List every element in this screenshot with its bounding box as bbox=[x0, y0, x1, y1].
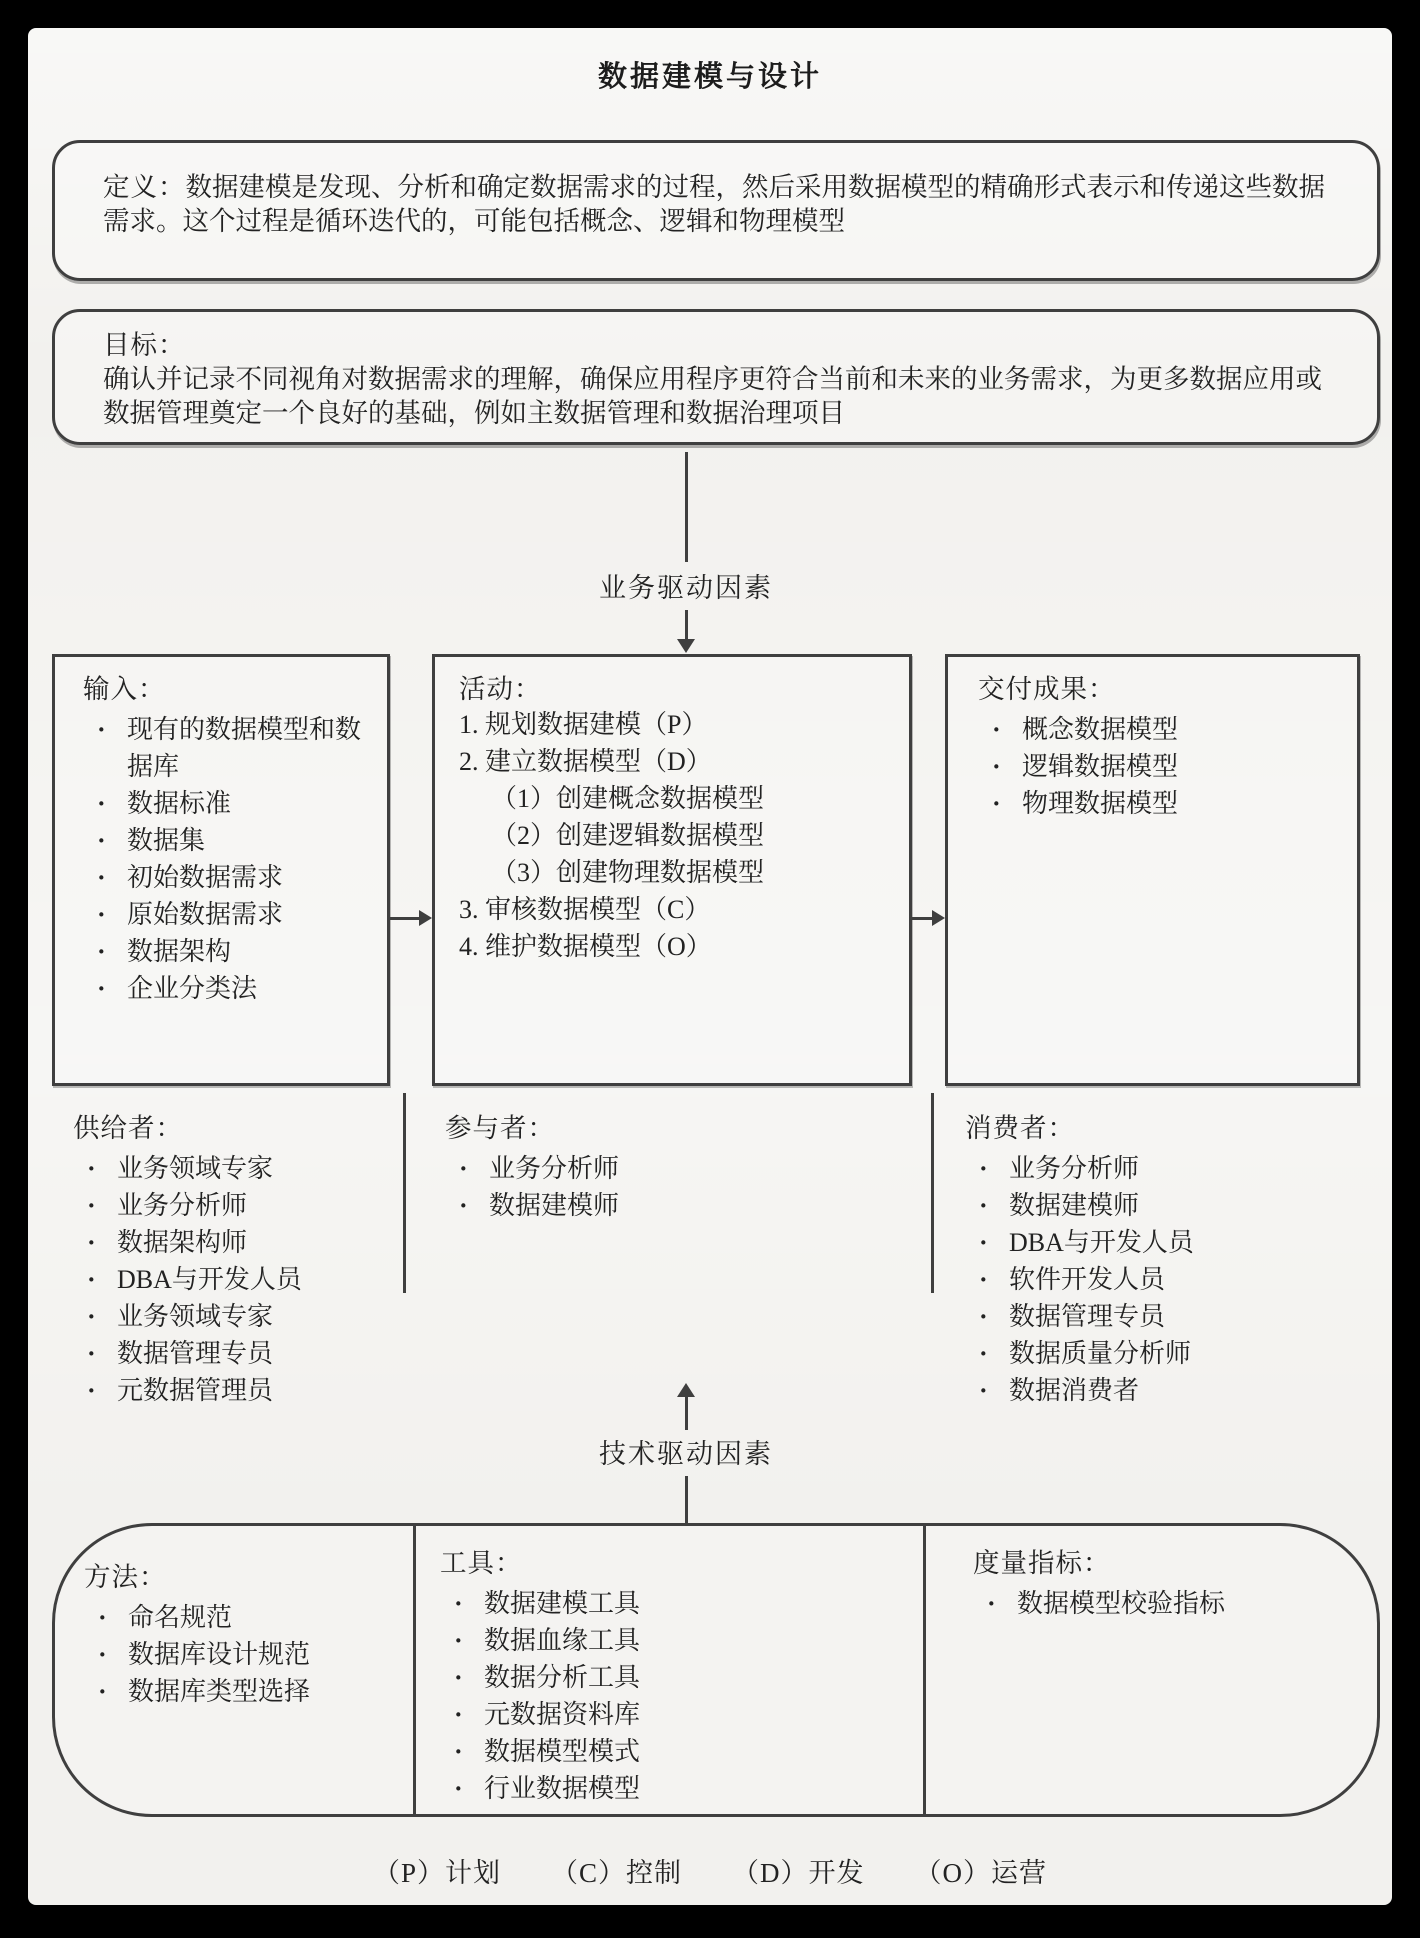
list-item: 业务分析师 bbox=[973, 1150, 1325, 1187]
roles-divider-right bbox=[931, 1093, 934, 1293]
activities-title: 活动： bbox=[459, 667, 899, 706]
definition-box: 定义：数据建模是发现、分析和确定数据需求的过程，然后采用数据模型的精确形式表示和… bbox=[52, 140, 1380, 281]
method-item-text: 数据库类型选择 bbox=[128, 1677, 310, 1706]
list-item: 命名规范 bbox=[92, 1599, 394, 1636]
business-driver-label: 业务驱动因素 bbox=[516, 566, 856, 605]
list-item: 软件开发人员 bbox=[973, 1261, 1325, 1298]
list-item: 数据库类型选择 bbox=[92, 1673, 394, 1710]
deliverables-title: 交付成果： bbox=[978, 667, 1347, 706]
right-arrow-icon bbox=[932, 910, 945, 926]
supplier-item-text: 业务领域专家 bbox=[117, 1302, 273, 1331]
tool-item-text: 数据血缘工具 bbox=[484, 1626, 640, 1655]
metric-item-text: 数据模型校验指标 bbox=[1017, 1589, 1225, 1618]
supplier-item-text: 数据架构师 bbox=[117, 1228, 247, 1257]
input-item-text: 初始数据需求 bbox=[127, 863, 283, 892]
right-arrow-icon bbox=[419, 910, 432, 926]
list-item: 数据架构师 bbox=[81, 1224, 393, 1261]
legend-item-plan: （P）计划 bbox=[373, 1851, 501, 1890]
tool-item-text: 数据建模工具 bbox=[484, 1589, 640, 1618]
list-item: 初始数据需求 bbox=[91, 859, 379, 896]
goal-box: 目标： 确认并记录不同视角对数据需求的理解，确保应用程序更符合当前和未来的业务需… bbox=[52, 309, 1380, 445]
consumer-item-text: 软件开发人员 bbox=[1009, 1265, 1165, 1294]
list-item: 数据库设计规范 bbox=[92, 1636, 394, 1673]
input-item-text: 数据架构 bbox=[127, 937, 231, 966]
supplier-item-text: 元数据管理员 bbox=[117, 1376, 273, 1405]
list-item: 业务领域专家 bbox=[81, 1150, 393, 1187]
input-item-text: 数据集 bbox=[127, 826, 205, 855]
list-item: 原始数据需求 bbox=[91, 896, 379, 933]
activities-list: 1. 规划数据建模（P） 2. 建立数据模型（D） （1）创建概念数据模型 （2… bbox=[459, 706, 899, 965]
legend: （P）计划 （C）控制 （D）开发 （O）运营 bbox=[28, 1851, 1392, 1890]
suppliers-section: 供给者： 业务领域专家 业务分析师 数据架构师 DBA与开发人员 业务领域专家 … bbox=[73, 1106, 393, 1409]
method-item-text: 数据库设计规范 bbox=[128, 1640, 310, 1669]
tools-section: 工具： 数据建模工具 数据血缘工具 数据分析工具 元数据资料库 数据模型模式 行… bbox=[440, 1541, 900, 1807]
consumer-item-text: 数据建模师 bbox=[1009, 1191, 1139, 1220]
tool-item-text: 元数据资料库 bbox=[484, 1700, 640, 1729]
participants-section: 参与者： 业务分析师 数据建模师 bbox=[445, 1106, 765, 1224]
list-item: 数据架构 bbox=[91, 933, 379, 970]
activity-subline: （1）创建概念数据模型 bbox=[459, 780, 899, 817]
technical-driver-line-bottom bbox=[685, 1476, 688, 1523]
list-item: 业务分析师 bbox=[453, 1150, 765, 1187]
supplier-item-text: 业务分析师 bbox=[117, 1191, 247, 1220]
supplier-item-text: DBA与开发人员 bbox=[117, 1265, 302, 1294]
definition-label: 定义： bbox=[103, 172, 186, 202]
consumers-title: 消费者： bbox=[965, 1106, 1325, 1145]
list-item: 业务领域专家 bbox=[81, 1298, 393, 1335]
page-background: 数据建模与设计 定义：数据建模是发现、分析和确定数据需求的过程，然后采用数据模型… bbox=[28, 28, 1392, 1905]
list-item: 数据分析工具 bbox=[448, 1659, 900, 1696]
list-item: 现有的数据模型和数据库 bbox=[91, 711, 379, 785]
method-item-text: 命名规范 bbox=[128, 1603, 232, 1632]
roles-divider-left bbox=[403, 1093, 406, 1293]
foundation-divider-right bbox=[923, 1523, 926, 1817]
tools-list: 数据建模工具 数据血缘工具 数据分析工具 元数据资料库 数据模型模式 行业数据模… bbox=[440, 1585, 900, 1807]
deliverables-list: 概念数据模型 逻辑数据模型 物理数据模型 bbox=[978, 711, 1347, 822]
down-arrow-icon bbox=[677, 639, 695, 653]
technical-driver-label: 技术驱动因素 bbox=[516, 1432, 856, 1471]
list-item: 元数据资料库 bbox=[448, 1696, 900, 1733]
list-item: 数据模型模式 bbox=[448, 1733, 900, 1770]
deliverables-box: 交付成果： 概念数据模型 逻辑数据模型 物理数据模型 bbox=[945, 654, 1360, 1086]
consumer-item-text: DBA与开发人员 bbox=[1009, 1228, 1194, 1257]
list-item: DBA与开发人员 bbox=[973, 1224, 1325, 1261]
goal-label: 目标： bbox=[103, 328, 1331, 362]
consumer-item-text: 数据质量分析师 bbox=[1009, 1339, 1191, 1368]
tool-item-text: 行业数据模型 bbox=[484, 1774, 640, 1803]
participant-item-text: 数据建模师 bbox=[489, 1191, 619, 1220]
inputs-box: 输入： 现有的数据模型和数据库 数据标准 数据集 初始数据需求 原始数据需求 数… bbox=[52, 654, 390, 1086]
input-item-text: 数据标准 bbox=[127, 789, 231, 818]
metrics-list: 数据模型校验指标 bbox=[973, 1585, 1363, 1622]
tools-title: 工具： bbox=[440, 1541, 900, 1580]
list-item: 数据管理专员 bbox=[81, 1335, 393, 1372]
consumer-item-text: 业务分析师 bbox=[1009, 1154, 1139, 1183]
inputs-list: 现有的数据模型和数据库 数据标准 数据集 初始数据需求 原始数据需求 数据架构 … bbox=[83, 711, 379, 1007]
list-item: 数据建模师 bbox=[973, 1187, 1325, 1224]
suppliers-list: 业务领域专家 业务分析师 数据架构师 DBA与开发人员 业务领域专家 数据管理专… bbox=[73, 1150, 393, 1409]
legend-item-operation: （O）运营 bbox=[915, 1851, 1048, 1890]
list-item: 概念数据模型 bbox=[986, 711, 1347, 748]
list-item: 数据标准 bbox=[91, 785, 379, 822]
metrics-title: 度量指标： bbox=[973, 1541, 1363, 1580]
foundation-divider-left bbox=[413, 1523, 416, 1817]
inputs-to-activities-arrow-line bbox=[390, 917, 422, 920]
methods-section: 方法： 命名规范 数据库设计规范 数据库类型选择 bbox=[84, 1555, 394, 1710]
deliverable-item-text: 概念数据模型 bbox=[1022, 715, 1178, 744]
participant-item-text: 业务分析师 bbox=[489, 1154, 619, 1183]
activity-line: 4. 维护数据模型（O） bbox=[459, 928, 899, 965]
tool-item-text: 数据分析工具 bbox=[484, 1663, 640, 1692]
list-item: 数据管理专员 bbox=[973, 1298, 1325, 1335]
list-item: 数据模型校验指标 bbox=[981, 1585, 1363, 1622]
consumers-list: 业务分析师 数据建模师 DBA与开发人员 软件开发人员 数据管理专员 数据质量分… bbox=[965, 1150, 1325, 1409]
list-item: 物理数据模型 bbox=[986, 785, 1347, 822]
list-item: 数据建模师 bbox=[453, 1187, 765, 1224]
list-item: 企业分类法 bbox=[91, 970, 379, 1007]
methods-title: 方法： bbox=[84, 1555, 394, 1594]
legend-item-development: （D）开发 bbox=[732, 1851, 865, 1890]
input-item-text: 原始数据需求 bbox=[127, 900, 283, 929]
list-item: 业务分析师 bbox=[81, 1187, 393, 1224]
metrics-section: 度量指标： 数据模型校验指标 bbox=[973, 1541, 1363, 1622]
activities-to-deliverables-arrow-line bbox=[912, 917, 934, 920]
tool-item-text: 数据模型模式 bbox=[484, 1737, 640, 1766]
consumers-section: 消费者： 业务分析师 数据建模师 DBA与开发人员 软件开发人员 数据管理专员 … bbox=[965, 1106, 1325, 1409]
definition-text: 数据建模是发现、分析和确定数据需求的过程，然后采用数据模型的精确形式表示和传递这… bbox=[103, 172, 1325, 236]
goal-text: 确认并记录不同视角对数据需求的理解，确保应用程序更符合当前和未来的业务需求，为更… bbox=[103, 362, 1331, 430]
list-item: 逻辑数据模型 bbox=[986, 748, 1347, 785]
consumer-item-text: 数据管理专员 bbox=[1009, 1302, 1165, 1331]
activity-subline: （3）创建物理数据模型 bbox=[459, 854, 899, 891]
participants-title: 参与者： bbox=[445, 1106, 765, 1145]
deliverable-item-text: 物理数据模型 bbox=[1022, 789, 1178, 818]
list-item: 数据消费者 bbox=[973, 1372, 1325, 1409]
supplier-item-text: 数据管理专员 bbox=[117, 1339, 273, 1368]
list-item: 数据集 bbox=[91, 822, 379, 859]
deliverable-item-text: 逻辑数据模型 bbox=[1022, 752, 1178, 781]
consumer-item-text: 数据消费者 bbox=[1009, 1376, 1139, 1405]
business-driver-line-bottom bbox=[685, 610, 688, 640]
suppliers-title: 供给者： bbox=[73, 1106, 393, 1145]
activity-line: 2. 建立数据模型（D） bbox=[459, 743, 899, 780]
technical-driver-line-top bbox=[685, 1396, 688, 1430]
up-arrow-icon bbox=[677, 1383, 695, 1397]
list-item: 元数据管理员 bbox=[81, 1372, 393, 1409]
list-item: 数据血缘工具 bbox=[448, 1622, 900, 1659]
activity-line: 1. 规划数据建模（P） bbox=[459, 706, 899, 743]
business-driver-line-top bbox=[685, 452, 688, 562]
inputs-title: 输入： bbox=[83, 667, 379, 706]
list-item: 行业数据模型 bbox=[448, 1770, 900, 1807]
list-item: DBA与开发人员 bbox=[81, 1261, 393, 1298]
supplier-item-text: 业务领域专家 bbox=[117, 1154, 273, 1183]
activities-box: 活动： 1. 规划数据建模（P） 2. 建立数据模型（D） （1）创建概念数据模… bbox=[432, 654, 912, 1086]
list-item: 数据质量分析师 bbox=[973, 1335, 1325, 1372]
activity-subline: （2）创建逻辑数据模型 bbox=[459, 817, 899, 854]
methods-list: 命名规范 数据库设计规范 数据库类型选择 bbox=[84, 1599, 394, 1710]
input-item-text: 企业分类法 bbox=[127, 974, 257, 1003]
participants-list: 业务分析师 数据建模师 bbox=[445, 1150, 765, 1224]
list-item: 数据建模工具 bbox=[448, 1585, 900, 1622]
activity-line: 3. 审核数据模型（C） bbox=[459, 891, 899, 928]
input-item-text: 现有的数据模型和数据库 bbox=[127, 715, 361, 781]
legend-item-control: （C）控制 bbox=[551, 1851, 682, 1890]
page-title: 数据建模与设计 bbox=[28, 54, 1392, 95]
